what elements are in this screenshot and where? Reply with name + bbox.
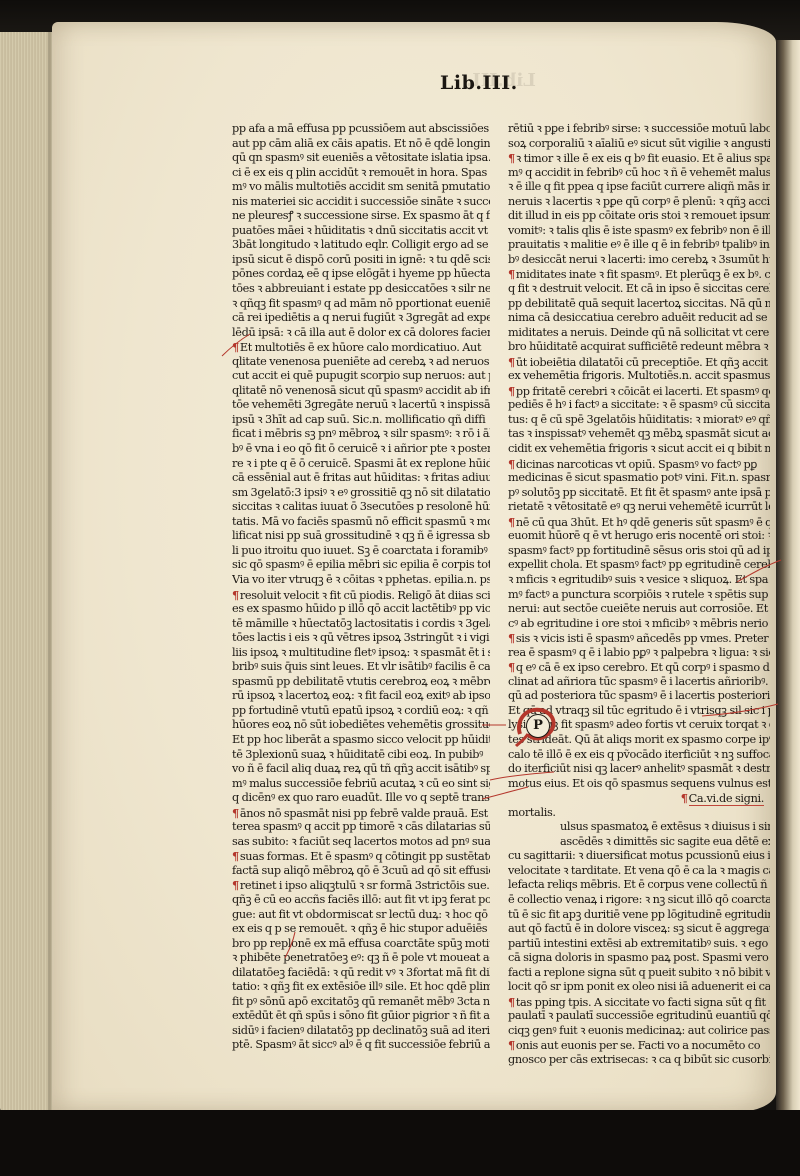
text-line: pp fortudinē vtutū epatū ipsoꝝ ꝛ cordiū … [232, 704, 490, 719]
line-text: lefacta reliqs mēbris. Et ē corpus vene … [508, 878, 770, 891]
text-line: re ꝛ i pte q ē ō ceruicē. Spasmi āt ex r… [232, 457, 490, 472]
text-line: tatio: ꝛ qñꝫ fit ex extēsiōe illꝰ sile. … [232, 980, 490, 995]
text-line: cꝰ ab egritudine i ore stoi ꝛ mficibꝰ ꝛ … [508, 617, 770, 632]
line-text: qñꝫ ē cū eo accñs faciēs illō: aut fit v… [232, 893, 490, 906]
line-text: spasmꝰ factꝰ pp fortitudinē sēsus oris s… [508, 544, 770, 557]
line-text: cā signa doloris in spasmo paꝝ post. Spa… [508, 951, 768, 964]
line-text: pōnes cordaꝝ eē q ipse elōgāt i hyeme pp… [232, 267, 490, 280]
line-text: retinet i ipso aliqꝫtulū ꝛ sr formā 3str… [240, 879, 490, 892]
line-text: cꝰ ab egritudine i ore stoi ꝛ mficibꝰ ꝛ … [508, 617, 768, 630]
line-text: sis ꝛ vicis isti ē spasmꝰ añcedēs pp vme… [516, 632, 768, 645]
line-text: ficat i mēbris sꝫ pnꝰ mēbroꝝ ꝛ silr spas… [232, 427, 490, 440]
line-text: tatio: ꝛ qñꝫ fit ex extēsiōe illꝰ sile. … [232, 980, 490, 993]
line-text: ꝛ timor ꝛ ille ē ex eis q bꝰ fit euasio.… [516, 152, 770, 165]
line-text: do iterficiūt nisi qꝫ lacerꝰ anhelitꝰ sp… [508, 762, 770, 775]
line-text: factā sup aliqō mēbroꝝ qō ē 3cuū ad qō s… [232, 864, 490, 877]
line-text: q fit ꝛ destruit velocit. Et cā in ipso … [508, 282, 770, 295]
text-line: dit illud in eis pp cōitate oris stoi ꝛ … [508, 209, 770, 224]
line-text: puatōes māei ꝛ hūiditatis ꝛ dnū siccitat… [232, 224, 488, 237]
line-text: facti a replone signa sūt q pueit subito… [508, 966, 770, 979]
text-line: ipsū sicut ē dispō corū positi in ignē: … [232, 253, 490, 268]
text-line: prauitatis ꝛ malitie eꝰ ē ille q ē in fe… [508, 238, 770, 253]
text-line: ne pleuresꝭ ꝛ successione sirse. Ex spas… [232, 209, 490, 224]
text-line: ¶ūt iobeiētia dilatatōi cū preceptiōe. E… [508, 355, 770, 370]
line-text: qū ad posteriora tūc spasmꝰ ē i lacertis… [508, 689, 770, 702]
line-text: mortalis. [508, 806, 556, 819]
line-text: tōes lactis i eis ꝛ qū vētres ipsoꝝ 3str… [232, 631, 489, 644]
text-line: ¶suas formas. Et ē spasmꝰ q cōtingit pp … [232, 849, 490, 864]
line-text: tōe vehemēti 3gregāte neruū ꝛ lacertū ꝛ … [232, 398, 490, 411]
text-line: ꝛ phibēte penetratōeꝫ eꝰ: qꝫ ñ ē pole vt… [232, 951, 490, 966]
text-line: tōe vehemēti 3gregāte neruū ꝛ lacertū ꝛ … [232, 398, 490, 413]
line-text: q dicēnꝰ ex quo raro euadūt. Ille vo q s… [232, 791, 490, 804]
text-line: euomit hūorē q ē vt herugo eris nocentē … [508, 529, 770, 544]
text-line: aut qō factū ē in dolore visceꝝ: sꝫ sicu… [508, 922, 770, 937]
line-text: miditates inate ꝛ fit spasmꝰ. Et plerūqꝫ… [516, 268, 770, 281]
chapter-heading-text: Ca.vi.de signi. [689, 792, 764, 806]
text-line: sm 3gelatō:3 ipsiꝰ ꝛ eꝰ grossitiē qꝫ nō … [232, 486, 490, 501]
line-text: mꝰ q accidit in febribꝰ cū hoc ꝛ ñ ē veh… [508, 166, 770, 179]
line-text: aut qō factū ē in dolore visceꝝ: sꝫ sicu… [508, 922, 770, 935]
text-line: qū qn spasmꝰ sit eueniēs a vētositate is… [232, 151, 490, 166]
pilcrow-icon: ¶ [508, 457, 515, 471]
line-text: cā rei ipediētis a q nerui fugiūt ꝛ 3gre… [232, 311, 490, 324]
line-text: gnosco per cās extrisecas: ꝛ ca q bibūt … [508, 1053, 770, 1066]
line-text: ulsus spasmatoꝝ ē extēsus ꝛ diuisus i si… [560, 820, 770, 833]
pilcrow-icon: ¶ [508, 267, 515, 281]
text-line: sic qō spasmꝰ ē epilia mēbri sic epilia … [232, 558, 490, 573]
text-line: ascēdēs ꝛ dimittēs sic sagite eua dētē e… [508, 835, 770, 850]
line-text: ānos nō spasmāt nisi pp febrē valde prau… [240, 807, 490, 820]
running-head: Lib.III. [440, 72, 518, 94]
text-line: spasmꝰ factꝰ pp fortitudinē sēsus oris s… [508, 544, 770, 559]
pilcrow-icon: ¶ [508, 631, 515, 645]
line-text: prauitatis ꝛ malitie eꝰ ē ille q ē in fe… [508, 238, 770, 251]
text-line: mꝰ q accidit in febribꝰ cū hoc ꝛ ñ ē veh… [508, 166, 770, 181]
pilcrow-icon: ¶ [508, 515, 515, 529]
text-line: sidūꝰ i facienꝰ dilatatōꝫ pp declinatōꝫ … [232, 1024, 490, 1039]
line-text: cā essēnial aut ē fritas aut hūiditas: ꝛ… [232, 471, 490, 484]
line-text: pp afa a mā effusa pp pcussiōem aut absc… [232, 122, 490, 135]
line-text: Et pp hoc liberāt a spasmo sicco velocit… [232, 733, 490, 746]
line-text: mꝰ vo mālis multotiēs accidit sm senitā … [232, 180, 490, 193]
line-text: sic qō spasmꝰ ē epilia mēbri sic epilia … [232, 558, 490, 571]
text-line: ꝛ mficis ꝛ egritudibꝰ suis ꝛ vesice ꝛ sl… [508, 573, 770, 588]
line-text: li puo itroitu quo iuuet. Sꝫ ē coarctata… [232, 544, 490, 557]
line-text: rētiū ꝛ pꝑe i febribꝰ sirse: ꝛ successiō… [508, 122, 770, 135]
text-line: bro pp replonē ex mā effusa coarctāte sp… [232, 937, 490, 952]
text-line: terea spasmꝰ q accit pp timorē ꝛ cās dil… [232, 820, 490, 835]
text-line: ¶resoluit velocit ꝛ fit cū piodis. Relig… [232, 588, 490, 603]
text-line: miditates a neruis. Deinde qū nā sollici… [508, 326, 770, 341]
line-text: fit pꝰ sōnū apō excitatōꝫ qū remanēt mēb… [232, 995, 490, 1008]
line-text: pp fortudinē vtutū epatū ipsoꝝ ꝛ cordiū … [232, 704, 488, 717]
line-text: velocitate ꝛ tarditate. Et vena qō ē ca … [508, 864, 770, 877]
text-line: bꝰ desiccāt nerui ꝛ lacerti: imo cerebꝝ … [508, 253, 770, 268]
pilcrow-icon: ¶ [508, 660, 515, 674]
text-line: sas subito: ꝛ faciūt seq lacertos motos … [232, 835, 490, 850]
line-text: rietatē ꝛ vētositatē eꝰ qꝫ nerui vehemēt… [508, 500, 770, 513]
text-line: dilatatōeꝫ faciēdā: ꝛ qū redit vꝰ ꝛ 3for… [232, 966, 490, 981]
text-line: pōnes cordaꝝ eē q ipse elōgāt i hyeme pp… [232, 267, 490, 282]
line-text: bꝰ desiccāt nerui ꝛ lacerti: imo cerebꝝ … [508, 253, 770, 266]
line-text: 3bāt longitudo ꝛ latitudo eqlr. Colligit… [232, 238, 488, 251]
line-text: rea ē spasmꝰ q ē i labio pꝑꝰ ꝛ palpebra … [508, 646, 770, 659]
line-text: re ꝛ i pte q ē ō ceruicē. Spasmi āt ex r… [232, 457, 490, 470]
text-line: tē māmille ꝛ hūectatōꝫ lactositatis i co… [232, 617, 490, 632]
text-column-right: rētiū ꝛ pꝑe i febribꝰ sirse: ꝛ successiō… [508, 122, 770, 1068]
text-line: pꝰ solutōꝫ pp siccitatē. Et fit ēt spasm… [508, 486, 770, 501]
line-text: pediēs ē hꝰ i factꝰ a siccitate: ꝛ ē spa… [508, 398, 770, 411]
text-line: mꝰ factꝰ a punctura scorpiōis ꝛ rutele ꝛ… [508, 588, 770, 603]
text-line: ¶retinet i ipso aliqꝫtulū ꝛ sr formā 3st… [232, 878, 490, 893]
pilcrow-icon: ¶ [681, 791, 688, 805]
text-line: nis materiei sic accidit i successiōe si… [232, 195, 490, 210]
text-line: qlitatē nō venenosā sicut qū spasmꝰ acci… [232, 384, 490, 399]
line-text: sas subito: ꝛ faciūt seq lacertos motos … [232, 835, 490, 848]
text-line: mꝰ malus successiōe febriū acutaꝝ ꝛ cū e… [232, 777, 490, 792]
line-text: nis materiei sic accidit i successiōe si… [232, 195, 490, 208]
text-line: facti a replone signa sūt q pueit subito… [508, 966, 770, 981]
line-text: ūt iobeiētia dilatatōi cū preceptiōe. Et… [516, 356, 768, 369]
backdrop-bottom [0, 1110, 800, 1176]
text-line: nima cā desiccatiua cerebro aduēit reduc… [508, 311, 770, 326]
text-line: ¶miditates inate ꝛ fit spasmꝰ. Et plerūq… [508, 267, 770, 282]
text-line: Via vo iter vtruqꝫ ē ꝛ cōitas ꝛ pphetas.… [232, 573, 490, 588]
line-text: vo ñ ē facil aliq duaꝝ reꝝ qū tñ qñꝫ acc… [232, 762, 490, 775]
line-text: ex vehemētia frigoris. Multotiēs.n. acci… [508, 369, 770, 382]
text-line: nerui: aut sectōe cueiēte neruis aut cor… [508, 602, 770, 617]
text-line: motus eius. Et ois qō spasmus sequens vu… [508, 777, 770, 792]
text-line: ē collectio venaꝝ i rigore: ꝛ nꝫ sicut i… [508, 893, 770, 908]
text-line: ulsus spasmatoꝝ ē extēsus ꝛ diuisus i si… [508, 820, 770, 835]
line-text: neruis ꝛ lacertis ꝛ pꝑe qū corpꝰ ē plenū… [508, 195, 770, 208]
text-line: ꝛ qñqꝫ fit spasmꝰ q ad mām nō pportionat… [232, 297, 490, 312]
text-line: vo ñ ē facil aliq duaꝝ reꝝ qū tñ qñꝫ acc… [232, 762, 490, 777]
text-line: do iterficiūt nisi qꝫ lacerꝰ anhelitꝰ sp… [508, 762, 770, 777]
text-line: fit pꝰ sōnū apō excitatōꝫ qū remanēt mēb… [232, 995, 490, 1010]
pilcrow-icon: ¶ [508, 1038, 515, 1052]
text-line: ꝛ ē ille q fit ppea q ipse faciūt currer… [508, 180, 770, 195]
text-line: extēdūt ēt qñ spūs i sōno fit gūior pigr… [232, 1009, 490, 1024]
line-text: aut pp cām aliā ex cāis apatis. Et nō ē … [232, 137, 490, 150]
text-line: ¶Et multotiēs ē ex hūore calo mordicatiu… [232, 340, 490, 355]
text-line: mortalis. [508, 806, 770, 821]
text-line: puatōes māei ꝛ hūiditatis ꝛ dnū siccitat… [232, 224, 490, 239]
text-line: 3bāt longitudo ꝛ latitudo eqlr. Colligit… [232, 238, 490, 253]
line-text: q eꝰ cā ē ex ipso cerebro. Et qū corpꝰ i… [516, 661, 770, 674]
text-line: tōes lactis i eis ꝛ qū vētres ipsoꝝ 3str… [232, 631, 490, 646]
line-text: ipsū ꝛ 3hīt ad cap suū. Sic.n. mollifica… [232, 413, 485, 426]
line-text: rū ipsoꝝ ꝛ lacertoꝝ eoꝝ: ꝛ fit facil eoꝝ… [232, 689, 490, 702]
line-text: suas formas. Et ē spasmꝰ q cōtingit pp s… [240, 850, 490, 863]
pilcrow-icon: ¶ [232, 340, 239, 354]
text-line: cut accit ei quē pupugit scorpio sup ner… [232, 369, 490, 384]
text-line: ¶tas pping tpis. A siccitate vo facti si… [508, 995, 770, 1010]
line-text: qlitatē nō venenosā sicut qū spasmꝰ acci… [232, 384, 490, 397]
text-line: ciqꝫ genꝰ fuit ꝛ euonis medicinaꝝ: aut c… [508, 1024, 770, 1039]
line-text: bribꝰ suis q̄uis sint leues. Et vlr isāt… [232, 660, 490, 673]
text-line: expellit chola. Et spasmꝰ factꝰ pp egrit… [508, 558, 770, 573]
text-line: mꝰ vo mālis multotiēs accidit sm senitā … [232, 180, 490, 195]
text-line: cā rei ipediētis a q nerui fugiūt ꝛ 3gre… [232, 311, 490, 326]
text-line: es ex spasmo hūido p illō qō accit lactē… [232, 602, 490, 617]
text-line: cidit ex vehemētia frigoris ꝛ sicut acci… [508, 442, 770, 457]
text-line: ¶dicinas narcoticas vt opiū. Spasmꝰ vo f… [508, 457, 770, 472]
text-line: lificat nisi pp suā grossitudinē ꝛ qꝫ ñ … [232, 529, 490, 544]
text-line: rētiū ꝛ pꝑe i febribꝰ sirse: ꝛ successiō… [508, 122, 770, 137]
line-text: extēdūt ēt qñ spūs i sōno fit gūior pigr… [232, 1009, 490, 1022]
text-line: rea ē spasmꝰ q ē i labio pꝑꝰ ꝛ palpebra … [508, 646, 770, 661]
text-line: ¶nē cū qua 3hūt. Et hꝰ qdē generis sūt s… [508, 515, 770, 530]
line-text: mꝰ malus successiōe febriū acutaꝝ ꝛ cū e… [232, 777, 490, 790]
line-text: hūores eoꝝ nō sūt iobediētes vehemētis g… [232, 718, 490, 731]
line-text: bꝰ ē vna i eo qō fit ō ceruicē ꝛ i añrio… [232, 442, 490, 455]
text-line: li puo itroitu quo iuuet. Sꝫ ē coarctata… [232, 544, 490, 559]
line-text: qū qn spasmꝰ sit eueniēs a vētositate is… [232, 151, 490, 164]
line-text: paulatī ꝛ paulatī successiōe egritudinū … [508, 1009, 770, 1022]
line-text: tas pping tpis. A siccitate vo facti sig… [516, 996, 766, 1009]
text-line: velocitate ꝛ tarditate. Et vena qō ē ca … [508, 864, 770, 879]
line-text: liis ipsoꝝ ꝛ multitudine fletꝰ ipsoꝝ: ꝛ … [232, 646, 490, 659]
line-text: ne pleuresꝭ ꝛ successione sirse. Ex spas… [232, 209, 490, 222]
pilcrow-icon: ¶ [232, 849, 239, 863]
text-line: bribꝰ suis q̄uis sint leues. Et vlr isāt… [232, 660, 490, 675]
line-text: ptē. Spasmꝰ āt siccꝰ alꝰ ē q fit success… [232, 1038, 490, 1051]
text-line: ¶onis aut euonis per se. Facti vo a nocu… [508, 1038, 770, 1053]
text-line: ¶ꝛ timor ꝛ ille ē ex eis q bꝰ fit euasio… [508, 151, 770, 166]
line-text: dicinas narcoticas vt opiū. Spasmꝰ vo fa… [516, 458, 757, 471]
line-text: dit illud in eis pp cōitate oris stoi ꝛ … [508, 209, 770, 222]
line-text: ciqꝫ genꝰ fuit ꝛ euonis medicinaꝝ: aut c… [508, 1024, 770, 1037]
text-line: rū ipsoꝝ ꝛ lacertoꝝ eoꝝ: ꝛ fit facil eoꝝ… [232, 689, 490, 704]
text-line: rietatē ꝛ vētositatē eꝰ qꝫ nerui vehemēt… [508, 500, 770, 515]
line-text: tas ꝛ inspissatꝰ vehemēt qꝫ mēbꝝ spasmāt… [508, 427, 770, 440]
line-text: es ex spasmo hūido p illō qō accit lactē… [232, 602, 490, 615]
line-text: miditates a neruis. Deinde qū nā sollici… [508, 326, 769, 339]
line-text: ex eis q p se remouēt. ꝛ qñꝫ ē hic stupo… [232, 922, 490, 935]
line-text: lēdū ipsā: ꝛ cā illa aut ē dolor ex cā d… [232, 326, 490, 339]
text-line: ¶ānos nō spasmāt nisi pp febrē valde pra… [232, 806, 490, 821]
text-line: lefacta reliqs mēbris. Et ē corpus vene … [508, 878, 770, 893]
line-text: nima cā desiccatiua cerebro aduēit reduc… [508, 311, 770, 324]
line-text: partiū intestini extēsi ab extremitatibꝰ… [508, 937, 770, 950]
facing-page-edge [776, 40, 800, 1120]
line-text: cidit ex vehemētia frigoris ꝛ sicut acci… [508, 442, 770, 455]
line-text: terea spasmꝰ q accit pp timorē ꝛ cās dil… [232, 820, 490, 833]
line-text: Et multotiēs ē ex hūore calo mordicatiuo… [240, 341, 481, 354]
text-line: ci ē ex eis q plin accidūt ꝛ remouēt in … [232, 166, 490, 181]
text-line: ipsū ꝛ 3hīt ad cap suū. Sic.n. mollifica… [232, 413, 490, 428]
text-column-left: pp afa a mā effusa pp pcussiōem aut absc… [232, 122, 490, 1053]
text-line: ptē. Spasmꝰ āt siccꝰ alꝰ ē q fit success… [232, 1038, 490, 1053]
line-text: tē māmille ꝛ hūectatōꝫ lactositatis i co… [232, 617, 490, 630]
line-text: Via vo iter vtruqꝫ ē ꝛ cōitas ꝛ pphetas.… [232, 573, 490, 586]
text-line: ficat i mēbris sꝫ pnꝰ mēbroꝝ ꝛ silr spas… [232, 427, 490, 442]
text-line: tōes ꝛ abbreuiant i estate pp desiccatōe… [232, 282, 490, 297]
pilcrow-icon: ¶ [508, 995, 515, 1009]
line-text: euomit hūorē q ē vt herugo eris nocentē … [508, 529, 770, 542]
text-line: clinat ad añriora tūc spasmꝰ ē i lacerti… [508, 675, 770, 690]
line-text: tōes ꝛ abbreuiant i estate pp desiccatōe… [232, 282, 490, 295]
line-text: resoluit velocit ꝛ fit cū piodis. Religō… [240, 589, 490, 602]
line-text: medicinas ē sicut spasmatio potꝰ vini. F… [508, 471, 770, 484]
line-text: nē cū qua 3hūt. Et hꝰ qdē generis sūt sp… [516, 516, 770, 529]
text-line: q fit ꝛ destruit velocit. Et cā in ipso … [508, 282, 770, 297]
line-text: vomitꝰ: ꝛ talis qlis ē iste spasmꝰ ex fe… [508, 224, 770, 237]
line-text: dilatatōeꝫ faciēdā: ꝛ qū redit vꝰ ꝛ 3for… [232, 966, 490, 979]
text-line: hūores eoꝝ nō sūt iobediētes vehemētis g… [232, 718, 490, 733]
text-line: tē 3plexionū suaꝝ ꝛ hūiditatē cibi eoꝝ. … [232, 748, 490, 763]
line-text: gue: aut fit vt obdormiscat sr lectū duꝝ… [232, 908, 490, 921]
text-line: calo tē illō ē ex eis q pṽocādo iterfici… [508, 748, 770, 763]
line-text: ꝛ ē ille q fit ppea q ipse faciūt currer… [508, 180, 770, 193]
line-text: ci ē ex eis q plin accidūt ꝛ remouēt in … [232, 166, 487, 179]
text-line: bꝰ ē vna i eo qō fit ō ceruicē ꝛ i añrio… [232, 442, 490, 457]
text-line: Et pp hoc liberāt a spasmo sicco velocit… [232, 733, 490, 748]
line-text: ipsū sicut ē dispō corū positi in ignē: … [232, 253, 490, 266]
line-text: motus eius. Et ois qō spasmus sequens vu… [508, 777, 770, 790]
text-line: spasmū pp debilitatē vtutis cerebroꝝ eoꝝ… [232, 675, 490, 690]
line-text: cu sagittarii: ꝛ diuersificat motus pcus… [508, 849, 770, 862]
text-line: paulatī ꝛ paulatī successiōe egritudinū … [508, 1009, 770, 1024]
text-line: pediēs ē hꝰ i factꝰ a siccitate: ꝛ ē spa… [508, 398, 770, 413]
text-line: cu sagittarii: ꝛ diuersificat motus pcus… [508, 849, 770, 864]
text-line: qū ad posteriora tūc spasmꝰ ē i lacertis… [508, 689, 770, 704]
line-text: ē collectio venaꝝ i rigore: ꝛ nꝫ sicut i… [508, 893, 770, 906]
line-text: locit qō sr ipm ponit ex oleo nisi iā ad… [508, 980, 770, 993]
line-text: ꝛ mficis ꝛ egritudibꝰ suis ꝛ vesice ꝛ sl… [508, 573, 768, 586]
line-text: ꝛ phibēte penetratōeꝫ eꝰ: qꝫ ñ ē pole vt… [232, 951, 490, 964]
text-line: tatis. Mā vo faciēs spasmū nō efficit sp… [232, 515, 490, 530]
text-line: gue: aut fit vt obdormiscat sr lectū duꝝ… [232, 908, 490, 923]
line-text: ꝛ qñqꝫ fit spasmꝰ q ad mām nō pportionat… [232, 297, 490, 310]
text-line: locit qō sr ipm ponit ex oleo nisi iā ad… [508, 980, 770, 995]
pilcrow-icon: ¶ [508, 355, 515, 369]
text-line: lēdū ipsā: ꝛ cā illa aut ē dolor ex cā d… [232, 326, 490, 341]
line-text: bro hūiditatē acquirat sufficiētē redeun… [508, 340, 770, 353]
text-line: ¶sis ꝛ vicis isti ē spasmꝰ añcedēs pp vm… [508, 631, 770, 646]
text-line: siccitas ꝛ calitas iuuat ō 3secutōes p r… [232, 500, 490, 515]
text-line: aut pp cām aliā ex cāis apatis. Et nō ē … [232, 137, 490, 152]
text-line: liis ipsoꝝ ꝛ multitudine fletꝰ ipsoꝝ: ꝛ … [232, 646, 490, 661]
text-line: ¶q eꝰ cā ē ex ipso cerebro. Et qū corpꝰ … [508, 660, 770, 675]
line-text: onis aut euonis per se. Facti vo a nocum… [516, 1039, 760, 1052]
line-text: pp fritatē cerebri ꝛ cōicāt ei lacerti. … [516, 385, 770, 398]
pilcrow-icon: ¶ [232, 806, 239, 820]
text-line: q dicēnꝰ ex quo raro euadūt. Ille vo q s… [232, 791, 490, 806]
text-line: ¶pp fritatē cerebri ꝛ cōicāt ei lacerti.… [508, 384, 770, 399]
line-text: pꝰ solutōꝫ pp siccitatē. Et fit ēt spasm… [508, 486, 770, 499]
text-line: neruis ꝛ lacertis ꝛ pꝑe qū corpꝰ ē plenū… [508, 195, 770, 210]
text-line: tus: q ē cū spē 3gelatōis hūiditatis: ꝛ … [508, 413, 770, 428]
line-text: cut accit ei quē pupugit scorpio sup ner… [232, 369, 490, 382]
text-line: qlitate venenosa pueniēte ad cerebꝝ ꝛ ad… [232, 355, 490, 370]
pilcrow-icon: ¶ [232, 878, 239, 892]
text-line: ex eis q p se remouēt. ꝛ qñꝫ ē hic stupo… [232, 922, 490, 937]
text-line: gnosco per cās extrisecas: ꝛ ca q bibūt … [508, 1053, 770, 1068]
pilcrow-icon: ¶ [508, 151, 515, 165]
line-text: sm 3gelatō:3 ipsiꝰ ꝛ eꝰ grossitiē qꝫ nō … [232, 486, 490, 499]
decorated-initial: P [514, 704, 560, 748]
text-line: partiū intestini extēsi ab extremitatibꝰ… [508, 937, 770, 952]
line-text: spasmū pp debilitatē vtutis cerebroꝝ eoꝝ… [232, 675, 490, 688]
line-text: calo tē illō ē ex eis q pṽocādo iterfici… [508, 748, 770, 761]
pilcrow-icon: ¶ [508, 384, 515, 398]
line-text: mꝰ factꝰ a punctura scorpiōis ꝛ rutele ꝛ… [508, 588, 768, 601]
line-text: tē 3plexionū suaꝝ ꝛ hūiditatē cibi eoꝝ. … [232, 748, 483, 761]
text-line: factā sup aliqō mēbroꝝ qō ē 3cuū ad qō s… [232, 864, 490, 879]
line-text: tus: q ē cū spē 3gelatōis hūiditatis: ꝛ … [508, 413, 770, 426]
line-text: soꝝ corporaliū ꝛ aīaliū eꝰ sicut sūt vig… [508, 137, 770, 150]
line-text: expellit chola. Et spasmꝰ factꝰ pp egrit… [508, 558, 770, 571]
line-text: ascēdēs ꝛ dimittēs sic sagite eua dētē e… [560, 835, 770, 848]
chapter-heading: ¶Ca.vi.de signi. [508, 791, 770, 806]
text-line: vomitꝰ: ꝛ talis qlis ē iste spasmꝰ ex fe… [508, 224, 770, 239]
text-line: soꝝ corporaliū ꝛ aīaliū eꝰ sicut sūt vig… [508, 137, 770, 152]
text-line: tas ꝛ inspissatꝰ vehemēt qꝫ mēbꝝ spasmāt… [508, 427, 770, 442]
text-line: cā signa doloris in spasmo paꝝ post. Spa… [508, 951, 770, 966]
pilcrow-icon: ¶ [232, 588, 239, 602]
text-line: ex vehemētia frigoris. Multotiēs.n. acci… [508, 369, 770, 384]
initial-letter: P [526, 714, 550, 738]
text-line: cā essēnial aut ē fritas aut hūiditas: ꝛ… [232, 471, 490, 486]
line-text: nerui: aut sectōe cueiēte neruis aut cor… [508, 602, 770, 615]
line-text: qlitate venenosa pueniēte ad cerebꝝ ꝛ ad… [232, 355, 490, 368]
line-text: tū ē sic fit apꝫ duritiē vene pp lōgitud… [508, 908, 770, 921]
text-line: pp debilitatē quā sequit lacertoꝝ siccit… [508, 297, 770, 312]
text-line: medicinas ē sicut spasmatio potꝰ vini. F… [508, 471, 770, 486]
line-text: clinat ad añriora tūc spasmꝰ ē i lacerti… [508, 675, 770, 688]
line-text: lificat nisi pp suā grossitudinē ꝛ qꝫ ñ … [232, 529, 490, 542]
line-text: pp debilitatē quā sequit lacertoꝝ siccit… [508, 297, 770, 310]
page-edges-stack [0, 32, 56, 1112]
line-text: bro pp replonē ex mā effusa coarctāte sp… [232, 937, 490, 950]
text-line: pp afa a mā effusa pp pcussiōem aut absc… [232, 122, 490, 137]
text-line: qñꝫ ē cū eo accñs faciēs illō: aut fit v… [232, 893, 490, 908]
line-text: tatis. Mā vo faciēs spasmū nō efficit sp… [232, 515, 490, 528]
text-line: tū ē sic fit apꝫ duritiē vene pp lōgitud… [508, 908, 770, 923]
line-text: siccitas ꝛ calitas iuuat ō 3secutōes p r… [232, 500, 490, 513]
text-line: bro hūiditatē acquirat sufficiētē redeun… [508, 340, 770, 355]
line-text: sidūꝰ i facienꝰ dilatatōꝫ pp declinatōꝫ … [232, 1024, 490, 1037]
